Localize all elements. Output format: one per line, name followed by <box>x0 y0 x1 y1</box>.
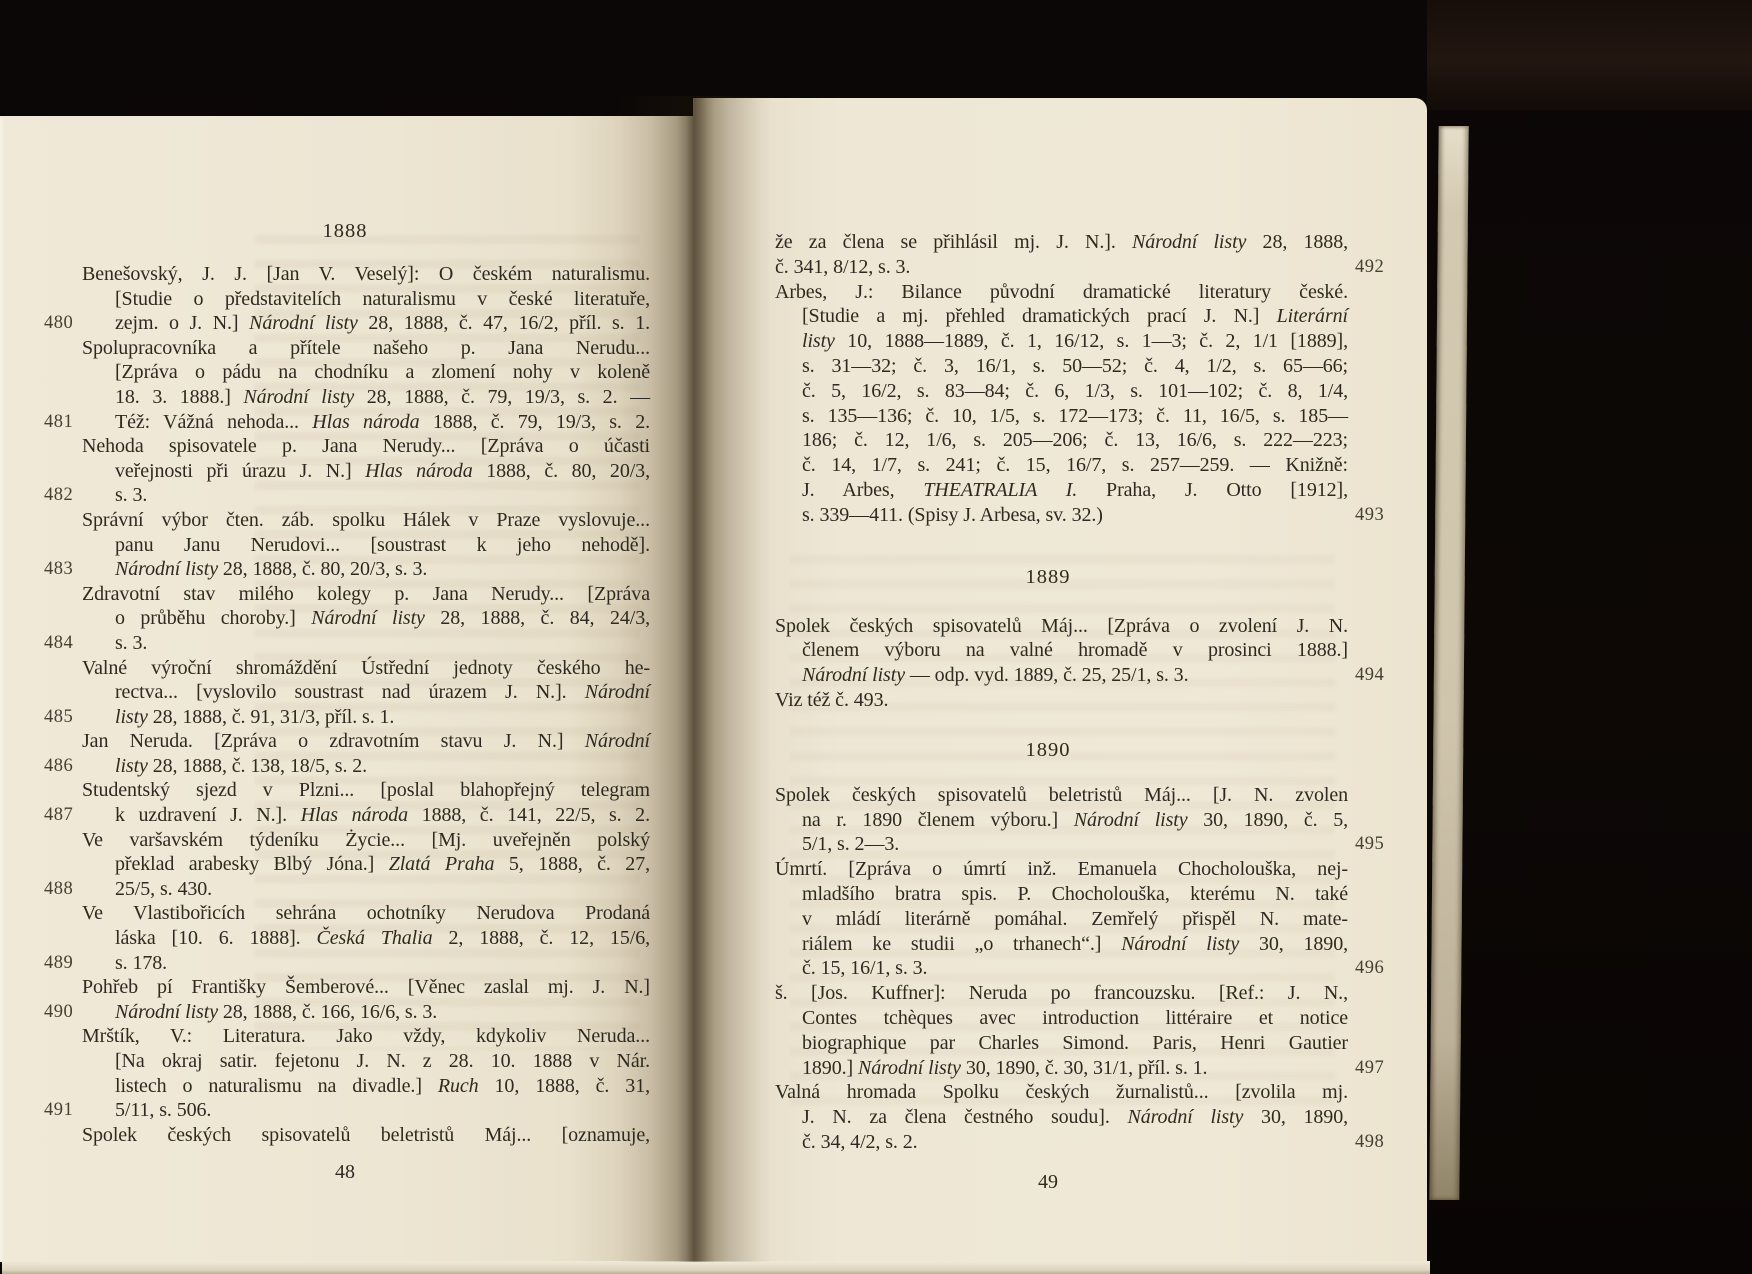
entry-line: J. Arbes, THEATRALIA I. Praha, J. Otto [… <box>748 478 1348 503</box>
entry-text: Arbes, J.: Bilance původní dramatické li… <box>775 281 1348 303</box>
entry-text: překlad arabesky Blbý Jóna.] <box>115 853 389 875</box>
entry-text: 28, 1888, č. 166, 16/6, s. 3. <box>218 1001 437 1023</box>
entry-line: listy 28, 1888, č. 138, 18/5, s. 2.486 <box>40 754 650 779</box>
entry-line: č. 5, 16/2, s. 83—84; č. 6, 1/3, s. 101—… <box>748 379 1348 404</box>
entry-text: 25/5, s. 430. <box>115 878 212 900</box>
entry-text: 30, 1890, č. 5, <box>1188 809 1348 831</box>
entry-text: 28, 1888, č. 84, 24/3, <box>425 607 650 629</box>
entry-text: č. 341, 8/12, s. 3. <box>775 256 910 278</box>
entry-text: členem výboru na valné hromadě v prosinc… <box>802 639 1348 661</box>
entry-line: listy 10, 1888—1889, č. 1, 16/12, s. 1—3… <box>748 329 1348 354</box>
entry-text: Spolek českých spisovatelů beletristů Má… <box>82 1124 650 1146</box>
journal-title-italic: Národní listy <box>858 1057 961 1079</box>
year-heading: 1889 <box>748 562 1348 592</box>
entry-text: Též: Vážná nehoda... <box>115 411 312 433</box>
entry-text: Zdravotní stav milého kolegy p. Jana Ner… <box>82 583 650 605</box>
entry-text: 1890.] <box>802 1057 858 1079</box>
entry-text: na r. 1890 členem výboru.] <box>802 809 1074 831</box>
page-block-fore-edge <box>1429 126 1468 1200</box>
entry-line: Spolek českých spisovatelů Máj... [Zpráv… <box>748 614 1348 639</box>
entry-line: s. 3.482 <box>40 483 650 508</box>
journal-title-italic: Národní listy <box>1121 933 1239 955</box>
entry-text: Valná hromada Spolku českých žurnalistů.… <box>775 1081 1348 1103</box>
entry-text: Spolupracovníka a přítele našeho p. Jana… <box>82 337 650 359</box>
left-page-edge-highlight <box>0 118 5 1262</box>
entry-number: 480 <box>44 311 73 336</box>
entry-text: 30, 1890, č. 30, 31/1, příl. s. 1. <box>961 1057 1208 1079</box>
entry-number: 486 <box>44 754 73 779</box>
entry-text: 1888, č. 141, 22/5, s. 2. <box>408 804 650 826</box>
journal-title-italic: Zlatá Praha <box>389 853 495 875</box>
entry-line: láska [10. 6. 1888]. Česká Thalia 2, 188… <box>40 926 650 951</box>
entry-line: k uzdravení J. N.]. Hlas národa 1888, č.… <box>40 803 650 828</box>
entry-text: [Zpráva o pádu na chodníku a zlomení noh… <box>115 361 650 383</box>
entry-line: Spolupracovníka a přítele našeho p. Jana… <box>40 336 650 361</box>
entry-line: Viz též č. 493. <box>748 688 1348 713</box>
journal-title-italic: THEATRALIA I. <box>923 479 1077 501</box>
entry-text: 28, 1888, č. 91, 31/3, příl. s. 1. <box>148 706 395 728</box>
entry-number: 496 <box>1355 956 1384 981</box>
journal-title-italic: Národní listy <box>243 386 354 408</box>
entry-line: Správní výbor čten. záb. spolku Hálek v … <box>40 508 650 533</box>
journal-title-italic: Hlas národa <box>301 804 408 826</box>
entry-text: č. 15, 16/1, s. 3. <box>802 957 927 979</box>
right-page-text: že za člena se přihlásil mj. J. N.]. Nár… <box>748 230 1348 1195</box>
entry-number: 494 <box>1355 663 1384 688</box>
entry-text: Ve varšavském týdeníku Życie... [Mj. uve… <box>82 829 650 851</box>
entry-text: s. 3. <box>115 484 147 506</box>
entry-text: [Studie o představitelích naturalismu v … <box>115 288 650 310</box>
entry-text: 186; č. 12, 1/6, s. 205—206; č. 13, 16/6… <box>802 429 1348 451</box>
entry-text: 28, 1888, č. 80, 20/3, s. 3. <box>218 558 427 580</box>
entry-line: veřejnosti při úrazu J. N.] Hlas národa … <box>40 459 650 484</box>
journal-title-italic: Hlas národa <box>312 411 419 433</box>
entry-line: č. 15, 16/1, s. 3.496 <box>748 956 1348 981</box>
entry-text: panu Janu Nerudovi... [soustrast k jeho … <box>115 534 650 556</box>
entry-text: č. 14, 1/7, s. 241; č. 15, 16/7, s. 257—… <box>802 454 1348 476</box>
entry-text: s. 31—32; č. 3, 16/1, s. 50—52; č. 4, 1/… <box>802 355 1348 377</box>
entry-line: překlad arabesky Blbý Jóna.] Zlatá Praha… <box>40 852 650 877</box>
entry-text: 5/1, s. 2—3. <box>802 833 899 855</box>
entry-number: 485 <box>44 705 73 730</box>
entry-number: 495 <box>1355 832 1384 857</box>
entry-text: Benešovský, J. J. [Jan V. Veselý]: O čes… <box>82 263 650 285</box>
entry-line: na r. 1890 členem výboru.] Národní listy… <box>748 808 1348 833</box>
entry-text: Ve Vlastibořicích sehrána ochotníky Neru… <box>82 902 650 924</box>
background-shadow <box>1427 0 1752 110</box>
entry-text: Správní výbor čten. záb. spolku Hálek v … <box>82 509 650 531</box>
entry-text: Jan Neruda. [Zpráva o zdravotním stavu J… <box>82 730 585 752</box>
page-number: 49 <box>748 1169 1348 1195</box>
journal-title-italic: Národní listy <box>1074 809 1188 831</box>
entry-text: 28, 1888, <box>1246 231 1348 253</box>
entry-line: 5/1, s. 2—3.495 <box>748 832 1348 857</box>
entry-text: 2, 1888, č. 12, 15/6, <box>433 927 651 949</box>
entry-text: k uzdravení J. N.]. <box>115 804 301 826</box>
entry-line: Ve Vlastibořicích sehrána ochotníky Neru… <box>40 901 650 926</box>
book-photo: 1888Benešovský, J. J. [Jan V. Veselý]: O… <box>0 0 1752 1274</box>
journal-title-italic: Česká Thalia <box>317 927 433 949</box>
entry-number: 487 <box>44 803 73 828</box>
journal-title-italic: Ruch <box>438 1075 479 1097</box>
entry-line: s. 135—136; č. 10, 1/5, s. 172—173; č. 1… <box>748 404 1348 429</box>
entry-line: [Studie a mj. přehled dramatických prací… <box>748 304 1348 329</box>
entry-number: 498 <box>1355 1130 1384 1155</box>
entry-text: Contes tchèques avec introduction littér… <box>802 1007 1348 1029</box>
entry-text: veřejnosti při úrazu J. N.] <box>115 460 365 482</box>
entry-line: č. 34, 4/2, s. 2.498 <box>748 1130 1348 1155</box>
entry-text: 28, 1888, č. 138, 18/5, s. 2. <box>148 755 367 777</box>
entry-line: 5/11, s. 506.491 <box>40 1098 650 1123</box>
journal-title-italic: listy <box>802 330 835 352</box>
entry-line: 1890.] Národní listy 30, 1890, č. 30, 31… <box>748 1056 1348 1081</box>
entry-line: Ve varšavském týdeníku Życie... [Mj. uve… <box>40 828 650 853</box>
entry-line: s. 31—32; č. 3, 16/1, s. 50—52; č. 4, 1/… <box>748 354 1348 379</box>
journal-title-italic: Národní listy <box>1132 231 1246 253</box>
journal-title-italic: Národní listy <box>115 1001 218 1023</box>
entry-number: 483 <box>44 557 73 582</box>
entry-text: 18. 3. 1888.] <box>115 386 243 408</box>
entry-text: Mrštík, V.: Literatura. Jako vždy, kdyko… <box>82 1025 650 1047</box>
entry-text: Spolek českých spisovatelů beletristů Má… <box>775 784 1348 806</box>
entry-text: láska [10. 6. 1888]. <box>115 927 317 949</box>
entry-text: s. 3. <box>115 632 147 654</box>
entry-line: 18. 3. 1888.] Národní listy 28, 1888, č.… <box>40 385 650 410</box>
entry-text: 5/11, s. 506. <box>115 1099 211 1121</box>
entry-text: o průběhu choroby.] <box>115 607 311 629</box>
entry-text: č. 5, 16/2, s. 83—84; č. 6, 1/3, s. 101—… <box>802 380 1348 402</box>
entry-line: Národní listy 28, 1888, č. 166, 16/6, s.… <box>40 1000 650 1025</box>
entry-number: 489 <box>44 951 73 976</box>
entry-text: Viz též č. 493. <box>775 689 888 711</box>
entry-text: Praha, J. Otto [1912], <box>1077 479 1348 501</box>
entry-text: že za člena se přihlásil mj. J. N.]. <box>775 231 1132 253</box>
journal-title-italic: Národní <box>585 730 650 752</box>
entry-number: 492 <box>1355 255 1384 280</box>
entry-text: 30, 1890, <box>1243 1106 1348 1128</box>
entry-text: biographique par Charles Simond. Paris, … <box>802 1032 1348 1054</box>
entry-number: 491 <box>44 1098 73 1123</box>
entry-line: mladšího bratra spis. P. Chocholouška, k… <box>748 882 1348 907</box>
entry-line: Mrštík, V.: Literatura. Jako vždy, kdyko… <box>40 1024 650 1049</box>
entry-line: že za člena se přihlásil mj. J. N.]. Nár… <box>748 230 1348 255</box>
entry-text: 10, 1888, č. 31, <box>479 1075 650 1097</box>
entry-text: 1888, č. 80, 20/3, <box>473 460 650 482</box>
entry-text: 28, 1888, č. 79, 19/3, s. 2. — <box>354 386 650 408</box>
entry-text: 1888, č. 79, 19/3, s. 2. <box>420 411 651 433</box>
entry-text: riálem ke studii „o trhanech“.] <box>802 933 1121 955</box>
entry-text: 5, 1888, č. 27, <box>494 853 650 875</box>
entry-text: v mládí literárně pomáhal. Zemřelý přisp… <box>802 908 1348 930</box>
entry-text: — odp. vyd. 1889, č. 25, 25/1, s. 3. <box>905 664 1189 686</box>
entry-text: 28, 1888, č. 47, 16/2, příl. s. 1. <box>358 312 650 334</box>
page-block-bottom-edge <box>2 1261 1430 1274</box>
entry-line: [Studie o představitelích naturalismu v … <box>40 287 650 312</box>
journal-title-italic: listy <box>115 755 148 777</box>
entry-text: listech o naturalismu na divadle.] <box>115 1075 438 1097</box>
entry-number: 488 <box>44 877 73 902</box>
entry-text: Pohřeb pí Františky Šemberové... [Věnec … <box>82 976 650 998</box>
entry-line: s. 3.484 <box>40 631 650 656</box>
entry-line: listech o naturalismu na divadle.] Ruch … <box>40 1074 650 1099</box>
entry-line: členem výboru na valné hromadě v prosinc… <box>748 638 1348 663</box>
year-heading: 1890 <box>748 735 1348 765</box>
entry-line: š. [Jos. Kuffner]: Neruda po francouzsku… <box>748 981 1348 1006</box>
entry-line: Spolek českých spisovatelů beletristů Má… <box>40 1123 650 1148</box>
entry-line: Úmrtí. [Zpráva o úmrtí inž. Emanuela Cho… <box>748 857 1348 882</box>
entry-text: Nehoda spisovatele p. Jana Nerudy... [Zp… <box>82 435 650 457</box>
entry-text: [Studie a mj. přehled dramatických prací… <box>802 305 1277 327</box>
journal-title-italic: Literární <box>1277 305 1348 327</box>
journal-title-italic: Hlas národa <box>365 460 472 482</box>
entry-line: Nehoda spisovatele p. Jana Nerudy... [Zp… <box>40 434 650 459</box>
entry-line: Jan Neruda. [Zpráva o zdravotním stavu J… <box>40 729 650 754</box>
entry-line: biographique par Charles Simond. Paris, … <box>748 1031 1348 1056</box>
year-heading: 1888 <box>40 216 650 246</box>
entry-text: s. 178. <box>115 952 167 974</box>
entry-text: J. N. za člena čestného soudu]. <box>802 1106 1127 1128</box>
entry-line: Spolek českých spisovatelů beletristů Má… <box>748 783 1348 808</box>
entry-number: 493 <box>1355 503 1384 528</box>
entry-text: Valné výroční shromáždění Ústřední jedno… <box>82 657 650 679</box>
entry-line: Valná hromada Spolku českých žurnalistů.… <box>748 1080 1348 1105</box>
entry-line: Národní listy 28, 1888, č. 80, 20/3, s. … <box>40 557 650 582</box>
journal-title-italic: Národní listy <box>311 607 425 629</box>
entry-text: s. 135—136; č. 10, 1/5, s. 172—173; č. 1… <box>802 405 1348 427</box>
entry-line: Studentský sjezd v Plzni... [poslal blah… <box>40 778 650 803</box>
entry-line: J. N. za člena čestného soudu]. Národní … <box>748 1105 1348 1130</box>
entry-line: Contes tchèques avec introduction littér… <box>748 1006 1348 1031</box>
left-page-text: 1888Benešovský, J. J. [Jan V. Veselý]: O… <box>40 216 650 1185</box>
journal-title-italic: Národní listy <box>249 312 358 334</box>
entry-text: s. 339—411. (Spisy J. Arbesa, sv. 32.) <box>802 504 1103 526</box>
entry-number: 481 <box>44 410 73 435</box>
entry-line: panu Janu Nerudovi... [soustrast k jeho … <box>40 533 650 558</box>
entry-line: v mládí literárně pomáhal. Zemřelý přisp… <box>748 907 1348 932</box>
entry-line: Benešovský, J. J. [Jan V. Veselý]: O čes… <box>40 262 650 287</box>
entry-text: zejm. o J. N.] <box>115 312 249 334</box>
entry-line: Též: Vážná nehoda... Hlas národa 1888, č… <box>40 410 650 435</box>
entry-line: [Zpráva o pádu na chodníku a zlomení noh… <box>40 360 650 385</box>
entry-number: 484 <box>44 631 73 656</box>
entry-line: o průběhu choroby.] Národní listy 28, 18… <box>40 606 650 631</box>
entry-line: riálem ke studii „o trhanech“.] Národní … <box>748 932 1348 957</box>
entry-line: rectva... [vyslovilo soustrast nad úraze… <box>40 680 650 705</box>
entry-number: 490 <box>44 1000 73 1025</box>
entry-text: [Na okraj satir. fejetonu J. N. z 28. 10… <box>115 1050 650 1072</box>
entry-line: zejm. o J. N.] Národní listy 28, 1888, č… <box>40 311 650 336</box>
entry-text: mladšího bratra spis. P. Chocholouška, k… <box>802 883 1348 905</box>
entry-line: 186; č. 12, 1/6, s. 205—206; č. 13, 16/6… <box>748 428 1348 453</box>
entry-text: č. 34, 4/2, s. 2. <box>802 1131 918 1153</box>
entry-line: Arbes, J.: Bilance původní dramatické li… <box>748 280 1348 305</box>
journal-title-italic: Národní listy <box>115 558 218 580</box>
entry-number: 482 <box>44 483 73 508</box>
entry-line: s. 178.489 <box>40 951 650 976</box>
entry-text: Spolek českých spisovatelů Máj... [Zpráv… <box>775 615 1348 637</box>
entry-text: Studentský sjezd v Plzni... [poslal blah… <box>82 779 650 801</box>
entry-line: č. 341, 8/12, s. 3.492 <box>748 255 1348 280</box>
entry-line: č. 14, 1/7, s. 241; č. 15, 16/7, s. 257—… <box>748 453 1348 478</box>
entry-text: 30, 1890, <box>1239 933 1348 955</box>
journal-title-italic: Národní listy <box>802 664 905 686</box>
entry-line: s. 339—411. (Spisy J. Arbesa, sv. 32.)49… <box>748 503 1348 528</box>
entry-line: [Na okraj satir. fejetonu J. N. z 28. 10… <box>40 1049 650 1074</box>
entry-line: Národní listy — odp. vyd. 1889, č. 25, 2… <box>748 663 1348 688</box>
entry-text: 10, 1888—1889, č. 1, 16/12, s. 1—3; č. 2… <box>835 330 1348 352</box>
entry-line: Valné výroční shromáždění Ústřední jedno… <box>40 656 650 681</box>
entry-line: listy 28, 1888, č. 91, 31/3, příl. s. 1.… <box>40 705 650 730</box>
entry-text: š. [Jos. Kuffner]: Neruda po francouzsku… <box>775 982 1348 1004</box>
entry-line: Zdravotní stav milého kolegy p. Jana Ner… <box>40 582 650 607</box>
entry-line: 25/5, s. 430.488 <box>40 877 650 902</box>
entry-text: Úmrtí. [Zpráva o úmrtí inž. Emanuela Cho… <box>775 858 1348 880</box>
page-number: 48 <box>40 1159 650 1185</box>
journal-title-italic: Národní <box>585 681 650 703</box>
journal-title-italic: listy <box>115 706 148 728</box>
entry-text: rectva... [vyslovilo soustrast nad úraze… <box>115 681 585 703</box>
entry-text: J. Arbes, <box>802 479 923 501</box>
journal-title-italic: Národní listy <box>1127 1106 1243 1128</box>
entry-number: 497 <box>1355 1056 1384 1081</box>
entry-line: Pohřeb pí Františky Šemberové... [Věnec … <box>40 975 650 1000</box>
